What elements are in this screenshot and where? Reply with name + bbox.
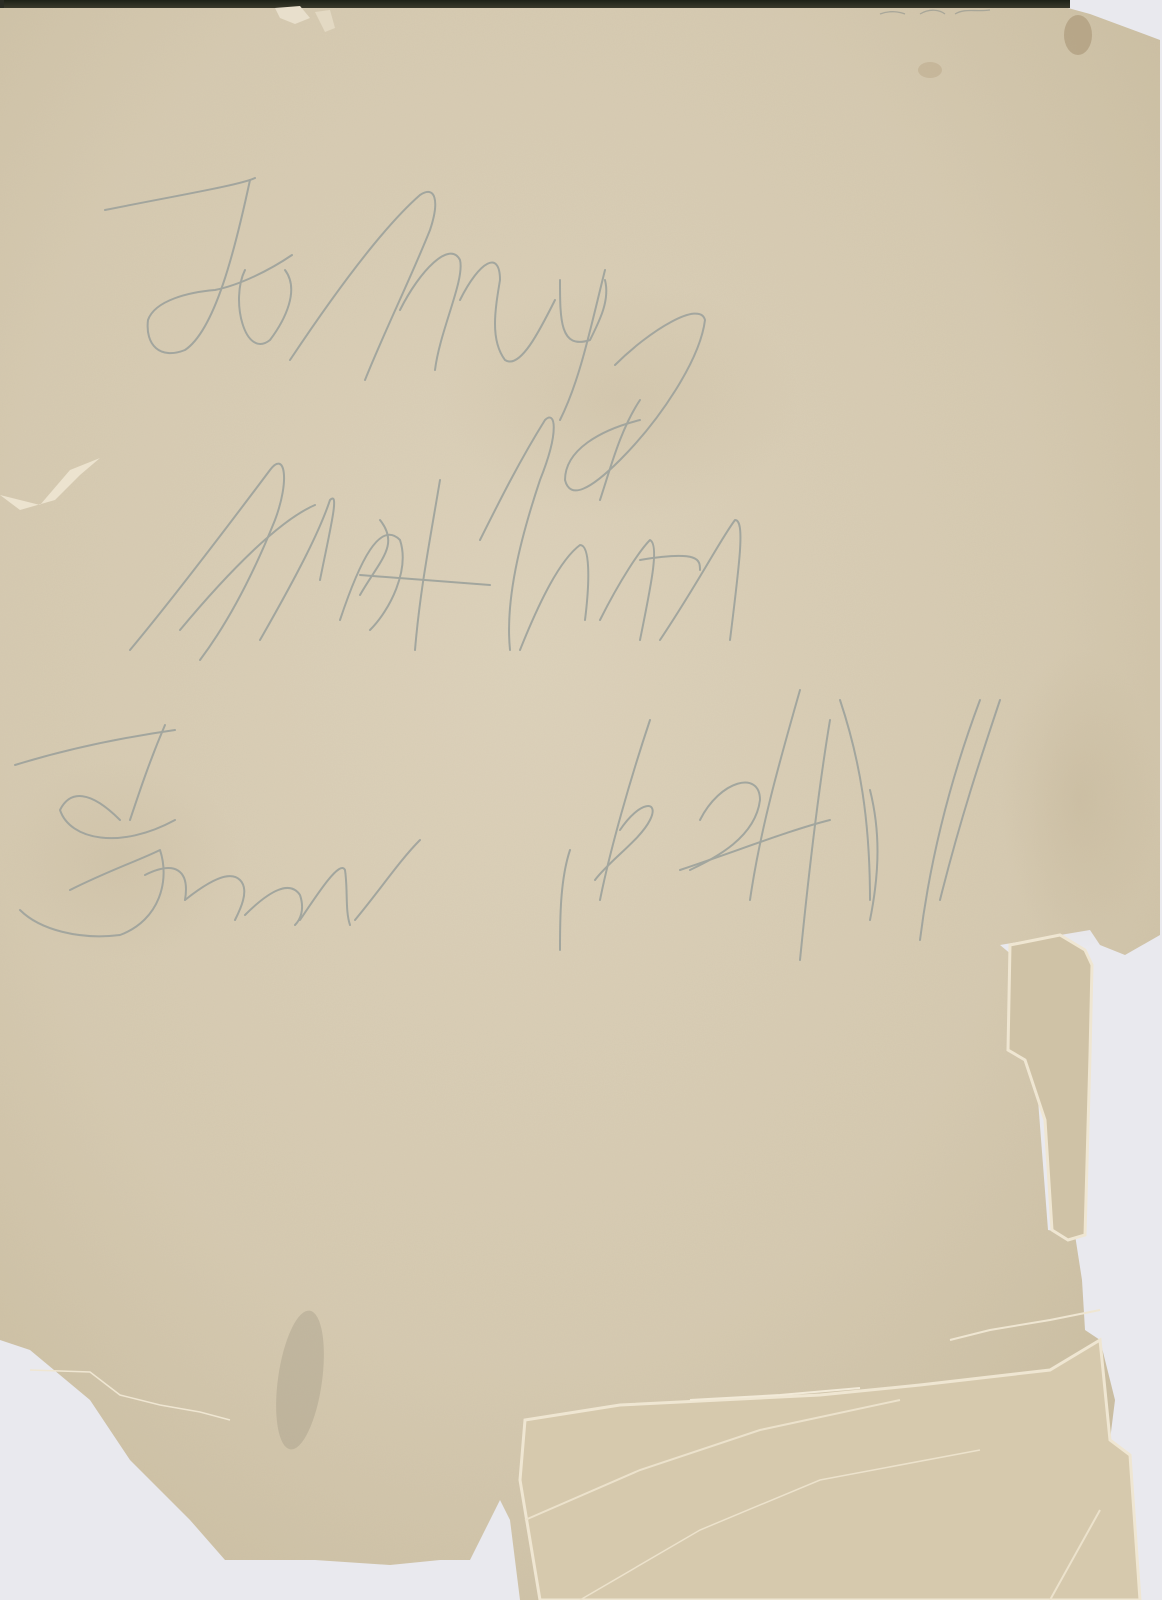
scanned-paper <box>0 0 1162 1600</box>
